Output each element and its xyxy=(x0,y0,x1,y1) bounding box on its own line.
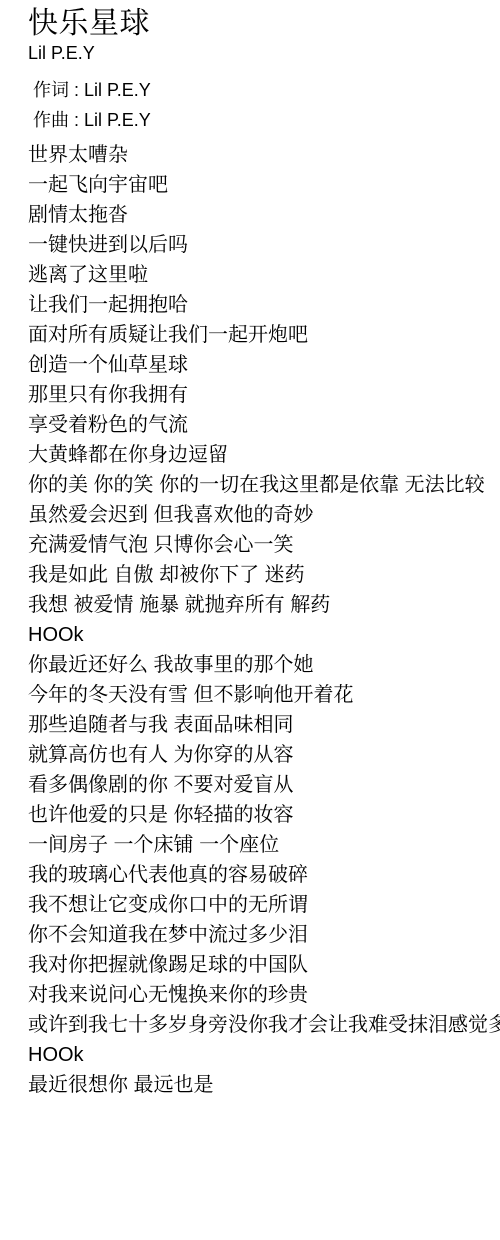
lyric-line: 让我们一起拥抱哈 xyxy=(28,290,500,320)
lyric-line: 那些追随者与我 表面品味相同 xyxy=(28,710,500,740)
lyric-line: 今年的冬天没有雪 但不影响他开着花 xyxy=(28,680,500,710)
song-title: 快乐星球 xyxy=(28,6,500,42)
composer-credit: 作曲 : Lil P.E.Y xyxy=(28,105,500,135)
lyric-line: 我想 被爱情 施暴 就抛弃所有 解药 xyxy=(28,590,500,620)
lyric-line: 一键快进到以后吗 xyxy=(28,230,500,260)
lyric-line: 最近很想你 最远也是 xyxy=(28,1070,500,1100)
lyric-line: 看多偶像剧的你 不要对爱盲从 xyxy=(28,770,500,800)
lyric-line: 一起飞向宇宙吧 xyxy=(28,170,500,200)
lyric-line: 你最近还好么 我故事里的那个她 xyxy=(28,650,500,680)
lyric-line: 或许到我七十多岁身旁没你我才会让我难受抹泪感觉多 xyxy=(28,1010,500,1040)
lyric-line: 充满爱情气泡 只博你会心一笑 xyxy=(28,530,500,560)
hook-label: HOOk xyxy=(28,620,500,650)
lyric-line: 我对你把握就像踢足球的中国队 xyxy=(28,950,500,980)
lyric-line: 剧情太拖沓 xyxy=(28,200,500,230)
lyric-line: 大黄蜂都在你身边逗留 xyxy=(28,440,500,470)
lyric-line: 对我来说问心无愧换来你的珍贵 xyxy=(28,980,500,1010)
credits-block: 作词 : Lil P.E.Y 作曲 : Lil P.E.Y xyxy=(28,75,500,135)
lyric-line: 面对所有质疑让我们一起开炮吧 xyxy=(28,320,500,350)
lyric-line: 就算高仿也有人 为你穿的从容 xyxy=(28,740,500,770)
lyricist-credit: 作词 : Lil P.E.Y xyxy=(28,75,500,105)
lyric-line: 逃离了这里啦 xyxy=(28,260,500,290)
hook-label: HOOk xyxy=(28,1040,500,1070)
lyric-line: 你的美 你的笑 你的一切在我这里都是依靠 无法比较 xyxy=(28,470,500,500)
lyric-line: 世界太嘈杂 xyxy=(28,140,500,170)
lyric-line: 虽然爱会迟到 但我喜欢他的奇妙 xyxy=(28,500,500,530)
lyric-line: 一间房子 一个床铺 一个座位 xyxy=(28,830,500,860)
artist-name: Lil P.E.Y xyxy=(28,42,500,64)
lyric-line: 我的玻璃心代表他真的容易破碎 xyxy=(28,860,500,890)
lyric-line: 也许他爱的只是 你轻描的妆容 xyxy=(28,800,500,830)
lyric-line: 享受着粉色的气流 xyxy=(28,410,500,440)
lyric-line: 我不想让它变成你口中的无所谓 xyxy=(28,890,500,920)
lyric-line: 你不会知道我在梦中流过多少泪 xyxy=(28,920,500,950)
lyric-line: 创造一个仙草星球 xyxy=(28,350,500,380)
lyrics-block: 世界太嘈杂 一起飞向宇宙吧 剧情太拖沓 一键快进到以后吗 逃离了这里啦 让我们一… xyxy=(28,140,500,1100)
lyric-line: 那里只有你我拥有 xyxy=(28,380,500,410)
lyrics-page: 快乐星球 Lil P.E.Y 作词 : Lil P.E.Y 作曲 : Lil P… xyxy=(0,0,500,1100)
lyric-line: 我是如此 自傲 却被你下了 迷药 xyxy=(28,560,500,590)
